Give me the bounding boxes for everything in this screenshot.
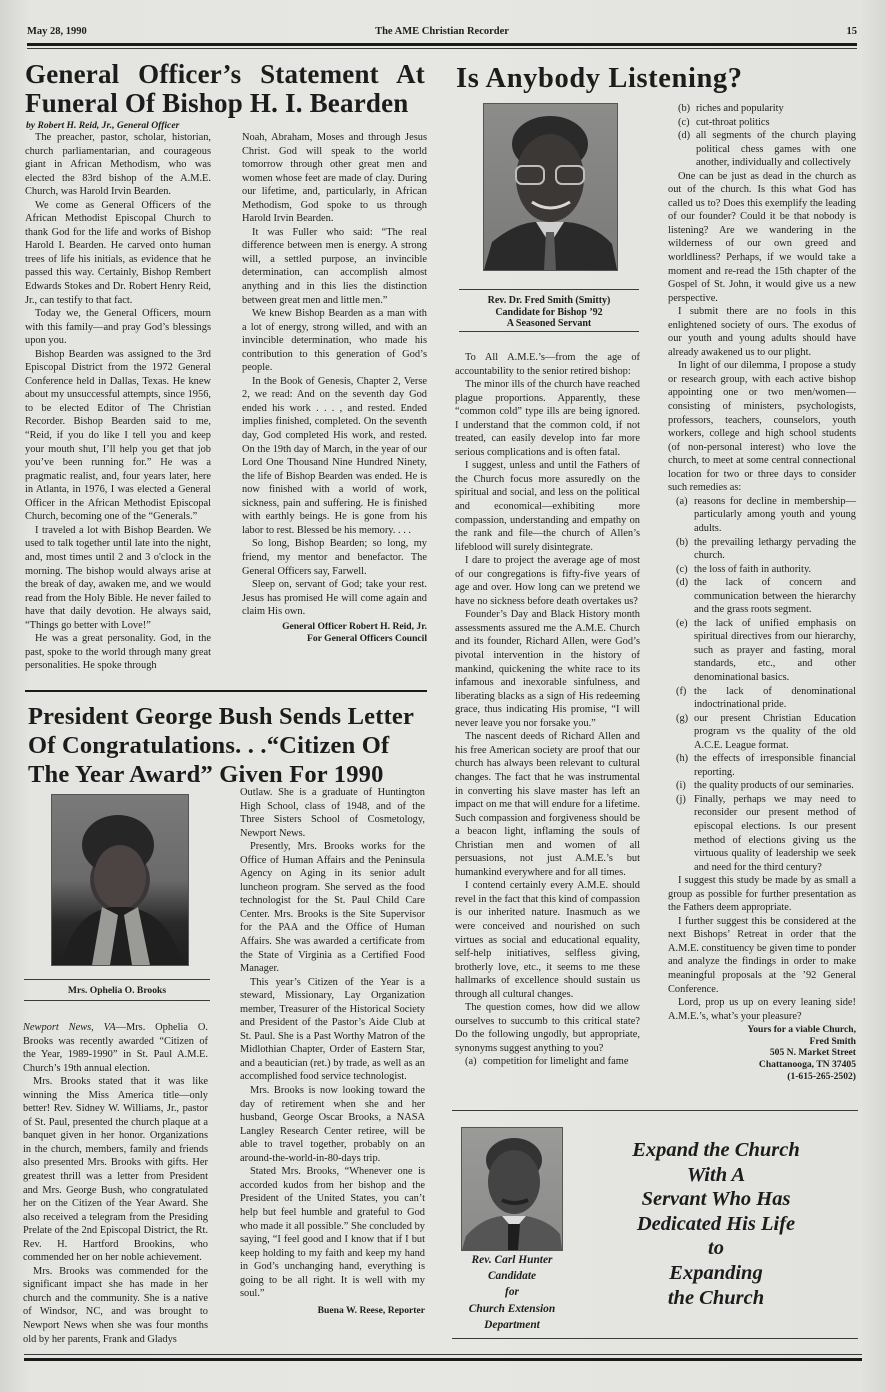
caption-rule: [24, 979, 210, 980]
list-label: (b): [678, 102, 696, 116]
paragraph: The question comes, how did we allow our…: [455, 1001, 640, 1055]
list-item: (a) competition for limelight and fame: [455, 1055, 640, 1069]
slogan-line: Servant Who Has: [600, 1187, 832, 1212]
slogan-line: Dedicated His Life: [600, 1212, 832, 1237]
list-label: (a): [676, 495, 694, 536]
list-text: the lack of concern and communication be…: [694, 576, 856, 617]
advert-caption: Rev. Carl Hunter Candidate for Church Ex…: [452, 1252, 572, 1333]
page-header: May 28, 1990 The AME Christian Recorder …: [27, 26, 857, 40]
signature-line: For General Officers Council: [242, 633, 427, 645]
caption-line: Candidate for Bishop ’92: [459, 307, 639, 319]
dateline: Newport News, VA: [23, 1022, 116, 1033]
article3-column-1: To All A.M.E.’s—from the age of accounta…: [455, 351, 640, 1069]
caption-line: Department: [452, 1317, 572, 1333]
caption-rule: [24, 1000, 210, 1001]
portrait-silhouette-icon: [52, 795, 188, 965]
list-text: competition for limelight and fame: [483, 1055, 640, 1069]
list-label: (j): [676, 793, 694, 874]
newspaper-page: May 28, 1990 The AME Christian Recorder …: [0, 0, 886, 1392]
paragraph: One can be just as dead in the church as…: [668, 170, 856, 305]
caption-rule: [459, 331, 639, 332]
signature-line: Chattanooga, TN 37405: [668, 1059, 856, 1071]
slogan-line: to: [600, 1236, 832, 1261]
signature-line: Fred Smith: [668, 1036, 856, 1048]
paragraph: The preacher, pastor, scholar, historian…: [25, 131, 211, 199]
list-label: (d): [676, 576, 694, 617]
list-label: (i): [676, 779, 694, 793]
page-bottom-rule-thin: [24, 1354, 862, 1355]
slogan-line: Expand the Church: [600, 1138, 832, 1163]
list-item: (j)Finally, perhaps we may need to recon…: [668, 793, 856, 874]
paragraph: Lord, prop us up on every leaning side! …: [668, 996, 856, 1023]
paragraph: Outlaw. She is a graduate of Huntington …: [240, 786, 425, 840]
paragraph: Noah, Abraham, Moses and through Jesus C…: [242, 131, 427, 226]
list-item: (b)the prevailing lethargy pervading the…: [668, 536, 856, 563]
paragraph: Presently, Mrs. Brooks works for the Off…: [240, 840, 425, 975]
photo-fred-smith: [483, 103, 618, 271]
list-label: (e): [676, 617, 694, 685]
header-rule-thin: [27, 48, 857, 49]
signature-line: 505 N. Market Street: [668, 1047, 856, 1059]
paragraph: Bishop Bearden was assigned to the 3rd E…: [25, 348, 211, 524]
paragraph: Sleep on, servant of God; take your rest…: [242, 578, 427, 619]
portrait-silhouette-icon: [484, 104, 617, 270]
list-text: cut-throat politics: [696, 116, 856, 130]
article3-column-2: (b) riches and popularity (c) cut-throat…: [668, 102, 856, 1082]
caption-line: for: [452, 1284, 572, 1300]
photo-caption-fred-smith: Rev. Dr. Fred Smith (Smitty) Candidate f…: [459, 295, 639, 330]
slogan-line: the Church: [600, 1286, 832, 1311]
list-item: (g)our present Christian Education progr…: [668, 712, 856, 753]
list-item: (h)the effects of irresponsible financia…: [668, 752, 856, 779]
list-text: the lack of denominational indoctrinatio…: [694, 685, 856, 712]
paragraph: In the Book of Genesis, Chapter 2, Verse…: [242, 375, 427, 538]
list-text: Finally, perhaps we may need to reconsid…: [694, 793, 856, 874]
article1-signature: General Officer Robert H. Reid, Jr. For …: [242, 621, 427, 645]
paragraph: I contend certainly every A.M.E. should …: [455, 879, 640, 1001]
paragraph: Newport News, VA—Mrs. Ophelia O. Brooks …: [23, 1021, 208, 1075]
list-label: (a): [465, 1055, 483, 1069]
list-label: (d): [678, 129, 696, 170]
article2-headline: President George Bush Sends Letter Of Co…: [28, 702, 428, 789]
caption-rule: [459, 289, 639, 290]
signature-line: (1-615-265-2502): [668, 1071, 856, 1083]
page-number: 15: [847, 26, 858, 37]
list-text: all segments of the church playing polit…: [696, 129, 856, 170]
article1-column-2: Noah, Abraham, Moses and through Jesus C…: [242, 131, 427, 645]
publication-name: The AME Christian Recorder: [27, 26, 857, 37]
article1-column-1: The preacher, pastor, scholar, historian…: [25, 131, 211, 673]
paragraph: I traveled a lot with Bishop Bearden. We…: [25, 524, 211, 632]
paragraph: Today we, the General Officers, mourn wi…: [25, 307, 211, 348]
header-rule: [27, 43, 857, 46]
paragraph: The nascent deeds of Richard Allen and h…: [455, 730, 640, 879]
paragraph: He was a great personality. God, in the …: [25, 632, 211, 673]
list-text: the effects of irresponsible financial r…: [694, 752, 856, 779]
article3-bottom-rule: [452, 1110, 858, 1111]
paragraph: I dare to project the average age of mos…: [455, 554, 640, 608]
article1-headline: General Officer’s Statement At Funeral O…: [25, 60, 425, 118]
list-item: (d)the lack of concern and communication…: [668, 576, 856, 617]
list-item: (a)reasons for decline in membership—par…: [668, 495, 856, 536]
article2-signature: Buena W. Reese, Reporter: [240, 1305, 425, 1317]
paragraph: Mrs. Brooks stated that it was like winn…: [23, 1075, 208, 1265]
paragraph: I suggest this study be made by as small…: [668, 874, 856, 915]
list-label: (c): [676, 563, 694, 577]
paragraph: I submit there are no fools in this enli…: [668, 305, 856, 359]
article3-headline: Is Anybody Listening?: [456, 62, 743, 96]
paragraph: This year’s Citizen of the Year is a ste…: [240, 976, 425, 1084]
caption-line: Church Extension: [452, 1301, 572, 1317]
signature-line: Yours for a viable Church,: [668, 1024, 856, 1036]
list-item: (i)the quality products of our seminarie…: [668, 779, 856, 793]
paragraph: Founder’s Day and Black History month as…: [455, 608, 640, 730]
article2-column-1: Newport News, VA—Mrs. Ophelia O. Brooks …: [23, 1021, 208, 1346]
paragraph: Stated Mrs. Brooks, “Whenever one is acc…: [240, 1165, 425, 1300]
photo-caption-brooks: Mrs. Ophelia O. Brooks: [24, 985, 210, 997]
list-text: our present Christian Education program …: [694, 712, 856, 753]
list-label: (g): [676, 712, 694, 753]
list-text: the lack of unified emphasis on spiritua…: [694, 617, 856, 685]
list-text: the loss of faith in authority.: [694, 563, 856, 577]
paragraph: We come as General Officers of the Afric…: [25, 199, 211, 307]
list-item: (c)the loss of faith in authority.: [668, 563, 856, 577]
caption-line: A Seasoned Servant: [459, 318, 639, 330]
paragraph: In light of our dilemma, I propose a stu…: [668, 359, 856, 494]
list-label: (f): [676, 685, 694, 712]
list-text: the quality products of our seminaries.: [694, 779, 856, 793]
headline-line: General Officer’s Statement At: [25, 60, 425, 89]
article1-byline: by Robert H. Reid, Jr., General Officer: [26, 120, 179, 131]
paragraph: It was Fuller who said: “The real differ…: [242, 226, 427, 307]
slogan-line: With A: [600, 1163, 832, 1188]
article1-bottom-rule: [25, 690, 427, 692]
caption-line: Rev. Carl Hunter: [452, 1252, 572, 1268]
photo-ophelia-brooks: [51, 794, 189, 966]
advert-slogan: Expand the Church With A Servant Who Has…: [600, 1138, 832, 1310]
signature-line: General Officer Robert H. Reid, Jr.: [242, 621, 427, 633]
headline-line: Of Congratulations. . .“Citizen Of: [28, 731, 428, 760]
headline-line: Funeral Of Bishop H. I. Bearden: [25, 89, 425, 118]
headline-line: The Year Award” Given For 1990: [28, 760, 428, 789]
caption-line: Rev. Dr. Fred Smith (Smitty): [459, 295, 639, 307]
page-bottom-rule: [24, 1358, 862, 1361]
paragraph: We knew Bishop Bearden as a man with a l…: [242, 307, 427, 375]
photo-carl-hunter: [461, 1127, 563, 1251]
headline-line: President George Bush Sends Letter: [28, 702, 428, 731]
list-item: (f)the lack of denominational indoctrina…: [668, 685, 856, 712]
caption-line: Candidate: [452, 1268, 572, 1284]
portrait-silhouette-icon: [462, 1128, 562, 1250]
paragraph: I further suggest this be considered at …: [668, 915, 856, 996]
list-label: (b): [676, 536, 694, 563]
paragraph: Mrs. Brooks was commended for the signif…: [23, 1265, 208, 1346]
list-text: riches and popularity: [696, 102, 856, 116]
list-text: reasons for decline in membership—partic…: [694, 495, 856, 536]
slogan-line: Expanding: [600, 1261, 832, 1286]
list-item: (b) riches and popularity: [668, 102, 856, 116]
paragraph: The minor ills of the church have reache…: [455, 378, 640, 459]
list-label: (c): [678, 116, 696, 130]
list-item: (e)the lack of unified emphasis on spiri…: [668, 617, 856, 685]
list-label: (h): [676, 752, 694, 779]
list-item: (d) all segments of the church playing p…: [668, 129, 856, 170]
paragraph: I suggest, unless and until the Fathers …: [455, 459, 640, 554]
paragraph: Mrs. Brooks is now looking toward the da…: [240, 1084, 425, 1165]
paragraph: So long, Bishop Bearden; so long, my fri…: [242, 537, 427, 578]
article2-column-2: Outlaw. She is a graduate of Huntington …: [240, 786, 425, 1317]
list-text: the prevailing lethargy pervading the ch…: [694, 536, 856, 563]
advert-bottom-rule: [452, 1338, 858, 1339]
paragraph: To All A.M.E.’s—from the age of accounta…: [455, 351, 640, 378]
article3-signature: Yours for a viable Church, Fred Smith 50…: [668, 1024, 856, 1082]
list-item: (c) cut-throat politics: [668, 116, 856, 130]
